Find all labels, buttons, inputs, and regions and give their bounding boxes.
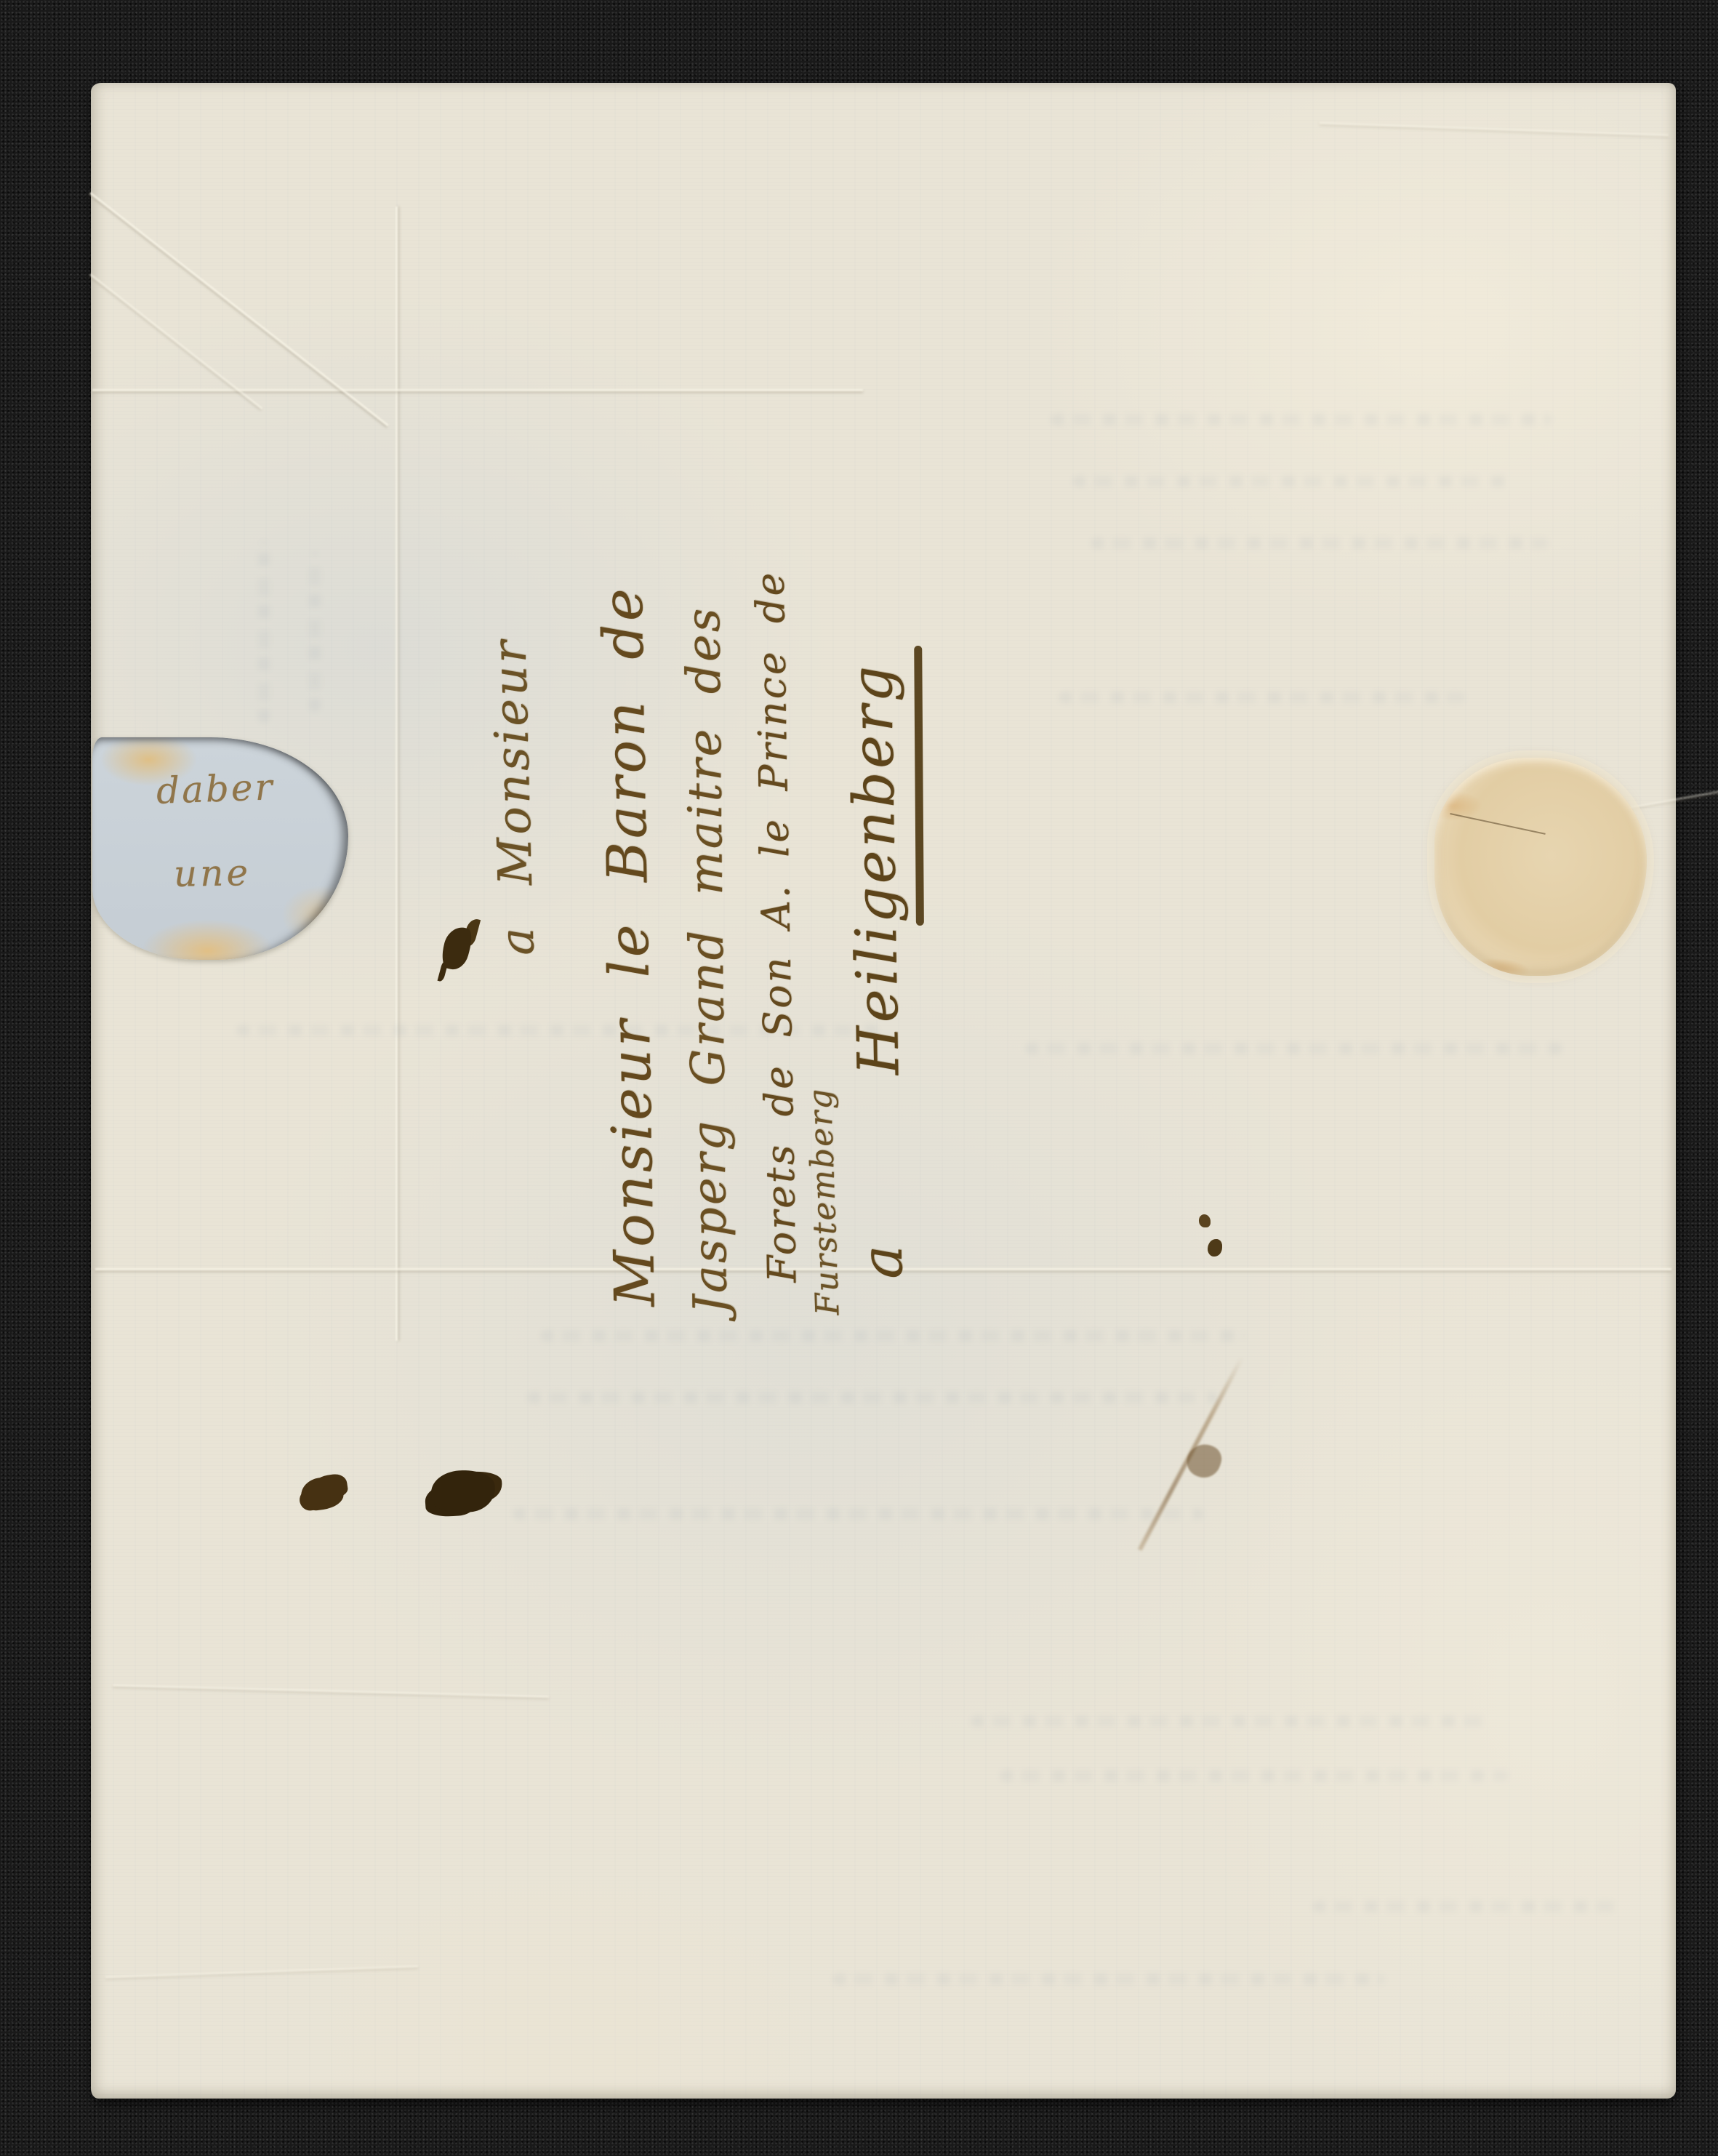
bleedthrough-ghost-text [971,1715,1494,1727]
ink-speck [1208,1239,1222,1257]
torn-fragment-note: daber une [92,737,348,960]
address-line: Furstemberg [802,1087,847,1316]
ink-smudge [1183,1440,1226,1483]
bleedthrough-ghost-text [1059,692,1466,703]
place-underline [914,646,924,926]
fold-crease-vertical [396,207,398,1341]
fold-crease-faint [105,1965,418,1978]
bleedthrough-ghost-text [1025,1043,1563,1054]
address-line: Jasperg Grand maitre des [677,606,738,1314]
bleedthrough-ghost-text [540,1330,1245,1342]
fold-crease-faint [1320,122,1669,137]
address-rotated-content: a Monsieur Monsieur le Baron de Jasperg … [465,377,974,1323]
address-line: Forets de Son A. le Prince de [747,570,805,1283]
bleedthrough-ghost-text [527,1392,1218,1403]
ink-blot [430,1468,497,1515]
bleedthrough-ghost-text [832,1973,1385,1985]
fragment-line: une [174,851,252,895]
bleedthrough-ghost-text [1000,1770,1509,1782]
bleedthrough-ghost-text [1312,1901,1618,1912]
bleedthrough-ghost-text [1051,414,1552,425]
seal-scratch [1450,813,1546,835]
ink-blot [299,1475,345,1512]
destination-preposition: a [850,1242,916,1280]
destination-place: Heiligenberg [840,662,912,1075]
fragment-line: daber [156,766,275,812]
bleedthrough-ghost-text [258,541,270,723]
scan-background: { "document": { "kind": "Scanned handwri… [0,0,1718,2156]
fold-crease-faint [113,1684,549,1698]
bleedthrough-ghost-text [1091,537,1549,549]
address-block: a Monsieur Monsieur le Baron de Jasperg … [465,377,974,1323]
bleedthrough-ghost-text [513,1508,1203,1520]
letter-paper: a Monsieur Monsieur le Baron de Jasperg … [91,83,1676,2099]
seal-remnant [1434,758,1647,976]
destination-place-text: Heiligenberg [840,662,912,1075]
address-line: a Monsieur [483,637,545,956]
address-line-destination: aHeiligenberg [840,662,916,1280]
ink-speck [1199,1214,1211,1227]
bleedthrough-ghost-text [309,552,321,712]
bleedthrough-ghost-text [1072,476,1509,487]
address-line: Monsieur le Baron de [590,585,667,1307]
